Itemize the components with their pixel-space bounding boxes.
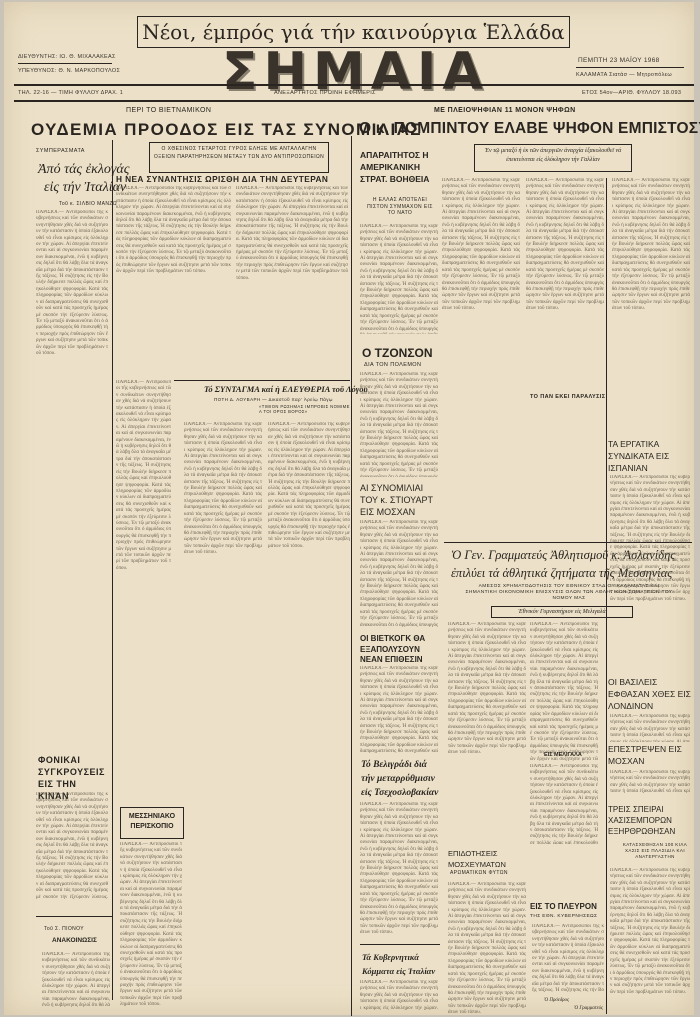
us-aid-body: ΠΑΡΙΣΙΟΙ.— Ἀντιπρόσωποι τῆς κυβερνήσεως … — [360, 224, 438, 334]
divider — [576, 67, 684, 68]
moscow-body: ΠΑΡΙΣΙΟΙ.— Ἀντιπρόσωποι τῆς κυβερνήσεως … — [610, 770, 690, 796]
constitution-headline: Τό ΣΥΝΤΑΓΜΑ καί ἡ ΕΛΕΥΘΕΡΙΑ τοῦ Λόγου — [204, 384, 368, 394]
pompidou-body-col3: ΠΑΡΙΣΙΟΙ.— Ἀντιπρόσωποι τῆς κυβερνήσεως … — [612, 178, 690, 418]
vietnam-subhead: Η ΝΕΑ ΣΥΝΑΝΤΗΣΙΣ ΩΡΙΣΘΗ ΔΙΑ ΤΗΝ ΔΕΥΤΕΡΑΝ — [116, 174, 328, 184]
italy-parties-body: ΠΑΡΙΣΙΟΙ.— Ἀντιπρόσωποι τῆς κυβερνήσεως … — [360, 980, 438, 1012]
vietnam-body-col2: ΠΑΡΙΣΙΟΙ.— Ἀντιπρόσωποι τῆς κυβερνήσεως … — [236, 186, 348, 376]
issue-number: ΕΤΟΣ 54ον—ΑΡΙΘ. ΦΥΛΛΟΥ 18.093 — [582, 90, 681, 96]
stewart-headline: ΑΙ ΣΥΝΟΜΙΛΙΑΙ ΤΟΥ κ. ΣΤΙΟΥΑΡΤ ΕΙΣ ΜΟΣΧΑΝ — [360, 482, 440, 518]
vietnam-kicker: ΠΕΡΙ ΤΟ ΒΙΕΤΝΑΜΙΚΟΝ — [126, 107, 211, 114]
column-rule — [351, 136, 352, 1016]
italy-parties-headline: Τά Κυβερνητικά Κόμματα εἰς Ἰταλίαν — [362, 950, 442, 978]
government-sign-secretary: Ὁ Γραμματεύς — [574, 1006, 603, 1011]
vietnam-body-cont: ΠΑΡΙΣΙΟΙ.— Ἀντιπρόσωποι τῆς κυβερνήσεως … — [116, 380, 171, 780]
phone-price: ΤΗΛ. 22-16 — ΤΙΜΗ ΦΥΛΛΟΥ ΔΡΑΧ. 1 — [18, 90, 123, 96]
italy-kicker: ΣΥΜΠΕΡΑΣΜΑΤΑ — [36, 148, 85, 154]
director-credit: ΔΙΕΥΘΥΝΤΗΣ: ΙΩ. Θ. ΜΙΧΑΛΑΚΕΑΣ — [18, 54, 116, 60]
divider — [360, 944, 440, 945]
italy-body: ΠΑΡΙΣΙΟΙ.— Ἀντιπρόσωποι τῆς κυβερνήσεως … — [36, 210, 108, 745]
hashish-body: ΠΑΡΙΣΙΟΙ.— Ἀντιπρόσωποι τῆς κυβερνήσεως … — [610, 868, 690, 1014]
hashish-deck: ΚΑΤΑΣΧΕΘΗΣΑΝ 100 ΚΙΛΑ ΧΑΣΙΣ ΕΙΣ ΠΛΑΣΙΔΙΑ… — [622, 842, 688, 860]
belgrade-headline: Τό Βελιγράδι διά τήν μεταρρύθμισιν εἰς Τ… — [361, 758, 441, 800]
sports-body-col3: ΠΑΡΙΣΙΟΙ.— Ἀντιπρόσωποι τῆς κυβερνήσεως … — [530, 764, 598, 844]
masthead-rule — [14, 84, 694, 86]
column-rule — [606, 178, 607, 1014]
seedlings-headline: ΕΠΙΔΟΤΗΣΕΙΣ ΜΟΣΧΕΥΜΑΤΩΝ — [448, 848, 528, 870]
spain-body: ΠΑΡΙΣΙΟΙ.— Ἀντιπρόσωποι τῆς κυβερνήσεως … — [610, 475, 690, 643]
italy-headline-2: εἰς τήν Ἰταλίαν — [44, 180, 126, 196]
kings-body: ΠΑΡΙΣΙΟΙ.— Ἀντιπρόσωποι τῆς κυβερνήσεως … — [610, 714, 690, 742]
government-sign-president: Ὁ Πρόεδρος — [544, 998, 569, 1003]
masthead-rule — [14, 100, 694, 102]
sports-subhead: ΕΙΣ ΜΕΛΙΓΑΛΑ — [544, 752, 582, 758]
vietcong-body: ΠΑΡΙΣΙΟΙ.— Ἀντιπρόσωποι τῆς κυβερνήσεως … — [360, 666, 438, 756]
johnson-subhead: ΔΙΑ ΤΟΝ ΠΟΛΕΜΟΝ — [364, 362, 421, 368]
newspaper-page: Νέοι, έμπρός γιά τήν καινούργια Ἑλλάδα Δ… — [4, 2, 694, 1015]
us-aid-deck: Η ΕΛΛΑΣ ΑΠΟΤΕΛΕΙ ΠΙΣΤΟΝ ΣΥΜΜΑΧΟΝ ΕΙΣ ΤΟ … — [366, 197, 434, 217]
johnson-body: ΠΑΡΙΣΙΟΙ.— Ἀντιπρόσωποι τῆς κυβερνήσεως … — [360, 372, 438, 477]
divider — [36, 916, 112, 917]
vietcong-headline: ΟΙ ΒΙΕΤΚΟΓΚ ΘΑ ΕΞΑΠΟΛΥΣΟΥΝ ΝΕΑΝ ΕΠΙΘΕΣΙΝ — [360, 634, 440, 666]
divider — [174, 380, 350, 381]
announcement-body: ΠΑΡΙΣΙΟΙ.— Ἀντιπρόσωποι τῆς κυβερνήσεως … — [42, 952, 110, 1007]
hashish-headline: ΤΡΕΙΣ ΣΠΕΙΡΑΙ ΧΑΣΙΣΕΜΠΟΡΩΝ ΕΞΗΡΘΡΩΘΗΣΑΝ — [608, 804, 692, 837]
constitution-body: ΠΑΡΙΣΙΟΙ.— Ἀντιπρόσωποι τῆς κυβερνήσεως … — [184, 422, 262, 1017]
issue-date: ΠΕΜΠΤΗ 23 ΜΑΪΟΥ 1968 — [578, 57, 660, 64]
government-headline: ΕΙΣ ΤΟ ΠΛΕΥΡΟΝ — [530, 902, 597, 911]
pompidou-body: ΠΑΡΙΣΙΟΙ.— Ἀντιπρόσωποι τῆς κυβερνήσεως … — [442, 178, 520, 518]
tagline: ΑΝΕΞΑΡΤΗΤΟΣ ΠΡΩΙΝΗ ΕΦΗΜΕΡΙΣ — [274, 90, 376, 96]
pompidou-headline: Ο κ. ΠΟΜΠΙΝΤΟΥ ΕΛΑΒΕ ΨΗΦΟΝ ΕΜΠΙΣΤΟΣΥΝΗΣ — [359, 120, 700, 138]
pompidou-deck: Ἐν τῷ μεταξύ ἡ ἐκ τῶν ἀπεργιῶν ἀναρχία ἐ… — [474, 144, 632, 172]
sports-body-col2: ΠΑΡΙΣΙΟΙ.— Ἀντιπρόσωποι τῆς κυβερνήσεως … — [530, 622, 598, 762]
messinia-body: ΠΑΡΙΣΙΟΙ.— Ἀντιπρόσωποι τῆς κυβερνήσεως … — [120, 842, 182, 1012]
moscow-headline: ΕΠΕΣΤΡΕΨΕΝ ΕΙΣ ΜΟΣΧΑΝ — [608, 743, 688, 767]
spain-headline: ΤΑ ΕΡΓΑΤΙΚΑ ΣΥΝΔΙΚΑΤΑ ΕΙΣ ΙΣΠΑΝΙΑΝ — [608, 438, 688, 474]
kings-headline: ΟΙ ΒΑΣΙΛΕΙΣ ΕΦΘΑΣΑΝ ΧΘΕΣ ΕΙΣ ΛΟΝΔΙΝΟΝ — [608, 676, 692, 712]
belgrade-body: ΠΑΡΙΣΙΟΙ.— Ἀντιπρόσωποι τῆς κυβερνήσεως … — [360, 802, 438, 942]
location: ΚΑΛΑΜΑΤΑ Σιατάσ — Μητροπόλεω — [576, 72, 672, 78]
column-rule — [112, 140, 113, 1000]
seedlings-body: ΠΑΡΙΣΙΟΙ.— Ἀντιπρόσωποι τῆς κυβερνήσεως … — [448, 882, 526, 1014]
editor-credit: ΥΠΕΥΘΥΝΟΣ: Θ. Ν. ΜΑΡΚΟΠΟΥΛΟΣ — [18, 68, 120, 74]
stewart-body: ΠΑΡΙΣΙΟΙ.— Ἀντιπρόσωποι τῆς κυβερνήσεως … — [360, 520, 438, 628]
johnson-headline: Ο ΤΖΟΝΣΟΝ — [362, 346, 433, 360]
paris-strike-headline: ΤΟ ΠΑΝ ΕΚΕΙ ΠΑΡΑΛΥΣΙΣ — [530, 394, 605, 400]
pompidou-kicker: ΜΕ ΠΛΕΙΟΨΗΦΙΑΝ 11 ΜΟΝΟΝ ΨΗΦΩΝ — [434, 107, 576, 114]
messinia-box: ΜΕΣΣΗΝΙΑΚΟ ΠΕΡΙΣΚΟΠΙΟ — [120, 807, 184, 839]
italy-byline: Τοῦ κ. ΣΙΛΒΙΟ ΜΑΝΖΩ — [59, 201, 117, 207]
messinia-headline: ΜΕΣΣΗΝΙΑΚΟ ΠΕΡΙΣΚΟΠΙΟ — [121, 808, 183, 831]
us-aid-headline: ΑΠΑΡΑΙΤΗΤΟΣ Η ΑΜΕΡΙΚΑΝΙΚΗ ΣΤΡΑΤ. ΒΟΗΘΕΙΑ — [360, 149, 438, 185]
government-body: ΠΑΡΙΣΙΟΙ.— Ἀντιπρόσωποι τῆς κυβερνήσεως … — [532, 924, 604, 994]
announcement-headline: ΑΝΑΚΟΙΝΩΣΙΣ — [52, 937, 97, 944]
vietnam-body: ΠΑΡΙΣΙΟΙ.— Ἀντιπρόσωποι τῆς κυβερνήσεως … — [116, 186, 231, 376]
government-subhead: ΤΗΣ ΕΘΝ. ΚΥΒΕΡΝΗΣΕΩΣ — [530, 914, 597, 919]
vietnam-deck: Ο ΧΘΕΣΙΝΟΣ ΤΕΤΑΡΤΟΣ ΓΥΡΟΣ ΕΛΗΞΕ ΜΕ ΑΝΤΑΛ… — [149, 142, 329, 173]
constitution-quote: «ΤΙΜΙΟΝ ΡΩΣΗΜΑΣ ΙΜΠΡΟΒΙΣ ΝΟΜΙΜΕ Α ΤΟΙ ΟΡ… — [259, 404, 351, 414]
italy-headline-1: Ἀπό τάς ἐκλογάς — [38, 162, 129, 178]
pompidou-body-col2: ΠΑΡΙΣΙΟΙ.— Ἀντιπρόσωποι τῆς κυβερνήσεως … — [526, 178, 604, 518]
constitution-body-col2: ΠΑΡΙΣΙΟΙ.— Ἀντιπρόσωποι τῆς κυβερνήσεως … — [268, 422, 350, 1017]
sports-body: ΠΑΡΙΣΙΟΙ.— Ἀντιπρόσωποι τῆς κυβερνήσεως … — [448, 622, 526, 812]
seedlings-subhead: ΑΡΩΜΑΤΙΚΩΝ ΦΥΤΩΝ — [450, 870, 508, 876]
china-body: ΠΑΡΙΣΙΟΙ.— Ἀντιπρόσωποι τῆς κυβερνήσεως … — [36, 792, 108, 900]
constitution-byline: ΠΟΤΗ Δ. ΛΟΥΒΑΡΗ — Δικαστοῦ παρ' Ἀρείῳ Πά… — [214, 397, 333, 402]
divider — [18, 63, 112, 64]
announcement-byline: Τοῦ Σ. ΠΙΟΝΟΥ — [44, 926, 84, 932]
